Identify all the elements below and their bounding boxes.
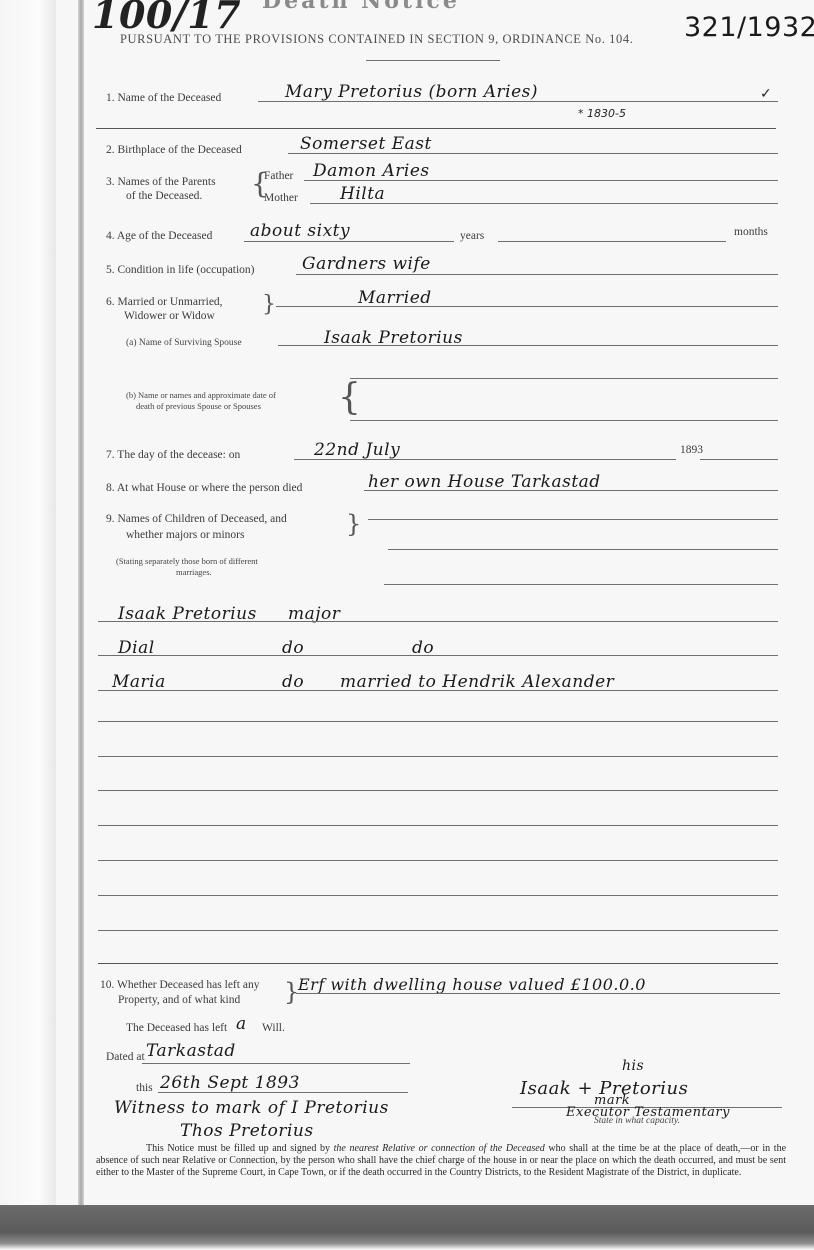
father-line bbox=[304, 180, 778, 181]
notice-text-emphasis: the nearest Relative or connection of th… bbox=[334, 1143, 545, 1154]
field-7-year: 1893 bbox=[680, 444, 703, 456]
field-1-line bbox=[258, 101, 778, 102]
witness-text: Witness to mark of I Pretorius bbox=[114, 1098, 389, 1118]
father-label: Father bbox=[264, 170, 293, 182]
form-subtitle: PURSUANT TO THE PROVISIONS CONTAINED IN … bbox=[120, 32, 633, 47]
field-9-line-2 bbox=[388, 549, 778, 550]
field-5-value: Gardners wife bbox=[302, 254, 431, 274]
mother-line bbox=[310, 203, 778, 204]
blank-line bbox=[98, 756, 778, 757]
field-3-label: 3. Names of the Parents bbox=[106, 176, 216, 188]
blank-line bbox=[98, 790, 778, 791]
blank-line bbox=[98, 930, 778, 931]
dated-at-line bbox=[142, 1063, 410, 1064]
years-label: years bbox=[460, 230, 484, 242]
field-4-line bbox=[244, 241, 454, 242]
months-label: months bbox=[734, 226, 768, 238]
signer-his: his bbox=[622, 1058, 644, 1074]
capacity-label: State in what capacity. bbox=[594, 1116, 680, 1126]
archive-reference: 321/1932 bbox=[684, 12, 814, 43]
field-6-line bbox=[276, 306, 778, 307]
brace: } bbox=[284, 980, 299, 1004]
this-label: this bbox=[136, 1082, 153, 1094]
field-8-line bbox=[364, 490, 778, 491]
check-mark-icon: ✓ bbox=[760, 86, 772, 102]
will-prefix: The Deceased has left bbox=[126, 1022, 227, 1034]
brace: } bbox=[262, 294, 276, 316]
child-line bbox=[98, 655, 778, 656]
scan-bottom-shadow bbox=[0, 1205, 814, 1250]
mother-label: Mother bbox=[264, 192, 298, 204]
blank-line bbox=[98, 721, 778, 722]
field-9-label: 9. Names of Children of Deceased, and bbox=[106, 513, 287, 525]
field-6b-label-2: death of previous Spouse or Spouses bbox=[136, 401, 261, 411]
field-9-note: (Stating separately those born of differ… bbox=[116, 556, 258, 566]
field-2-value: Somerset East bbox=[300, 134, 432, 154]
field-6a-line bbox=[278, 345, 778, 346]
months-line bbox=[498, 241, 726, 242]
field-5-label: 5. Condition in life (occupation) bbox=[106, 264, 255, 276]
field-8-label: 8. At what House or where the person die… bbox=[106, 482, 302, 494]
section-divider bbox=[98, 963, 778, 964]
field-1-label: 1. Name of the Deceased bbox=[106, 92, 221, 104]
facing-page-edge bbox=[0, 0, 56, 1212]
field-9-note-2: marriages. bbox=[176, 567, 212, 577]
field-2-line bbox=[288, 153, 778, 154]
will-value: a bbox=[236, 1014, 247, 1034]
field-4-label: 4. Age of the Deceased bbox=[106, 230, 212, 242]
brace: { bbox=[338, 380, 361, 416]
instructions-notice: This Notice must be filled up and signed… bbox=[96, 1143, 786, 1179]
witness-signature: Thos Pretorius bbox=[180, 1121, 314, 1141]
mother-value: Hilta bbox=[340, 184, 385, 204]
field-6b-line-2 bbox=[350, 420, 778, 421]
field-7-year-line bbox=[700, 459, 778, 460]
field-9-label-2: whether majors or minors bbox=[126, 529, 245, 541]
blank-line bbox=[98, 825, 778, 826]
field-10-label-2: Property, and of what kind bbox=[118, 994, 240, 1006]
field-6-value: Married bbox=[358, 288, 432, 308]
father-value: Damon Aries bbox=[313, 161, 430, 181]
field-3-label-2: of the Deceased. bbox=[126, 190, 202, 202]
section-divider bbox=[96, 128, 776, 129]
binding-shadow bbox=[78, 0, 84, 1212]
field-9-line-1 bbox=[368, 519, 778, 520]
child-3-name: Maria bbox=[112, 672, 166, 692]
form-title: Death Notice bbox=[262, 0, 460, 14]
field-6-label-2: Widower or Widow bbox=[124, 310, 215, 322]
field-8-value: her own House Tarkastad bbox=[368, 472, 601, 492]
date-line bbox=[158, 1092, 408, 1093]
field-1-note: * 1830-5 bbox=[578, 107, 626, 120]
field-7-label: 7. The day of the decease: on bbox=[106, 449, 240, 461]
field-10-value: Erf with dwelling house valued £100.0.0 bbox=[298, 975, 646, 994]
field-2-label: 2. Birthplace of the Deceased bbox=[106, 144, 242, 156]
child-3-note: married to Hendrik Alexander bbox=[340, 672, 614, 692]
blank-line bbox=[98, 895, 778, 896]
field-5-line bbox=[296, 274, 778, 275]
title-divider bbox=[366, 60, 500, 61]
will-suffix: Will. bbox=[262, 1022, 285, 1034]
field-1-value: Mary Pretorius (born Aries) bbox=[285, 82, 538, 102]
field-6-label: 6. Married or Unmarried, bbox=[106, 296, 223, 308]
child-line bbox=[98, 690, 778, 691]
blank-line bbox=[98, 860, 778, 861]
field-10-line bbox=[296, 993, 780, 994]
brace: } bbox=[346, 512, 361, 536]
field-7-value: 22nd July bbox=[314, 440, 400, 460]
child-3-status: do bbox=[282, 672, 304, 692]
dated-at-value: Tarkastad bbox=[146, 1041, 236, 1061]
dated-at-label: Dated at bbox=[106, 1051, 145, 1063]
field-7-line bbox=[294, 459, 676, 460]
field-9-line-3 bbox=[384, 584, 778, 585]
field-6b-line-1 bbox=[350, 378, 778, 379]
field-6a-label: (a) Name of Surviving Spouse bbox=[126, 338, 242, 348]
field-10-label: 10. Whether Deceased has left any bbox=[100, 979, 259, 991]
field-4-value: about sixty bbox=[250, 221, 350, 241]
field-6b-label: (b) Name or names and approximate date o… bbox=[126, 390, 276, 400]
child-line bbox=[98, 621, 778, 622]
notice-text-1: This Notice must be filled up and signed… bbox=[96, 1143, 330, 1154]
date-value: 26th Sept 1893 bbox=[160, 1073, 300, 1093]
